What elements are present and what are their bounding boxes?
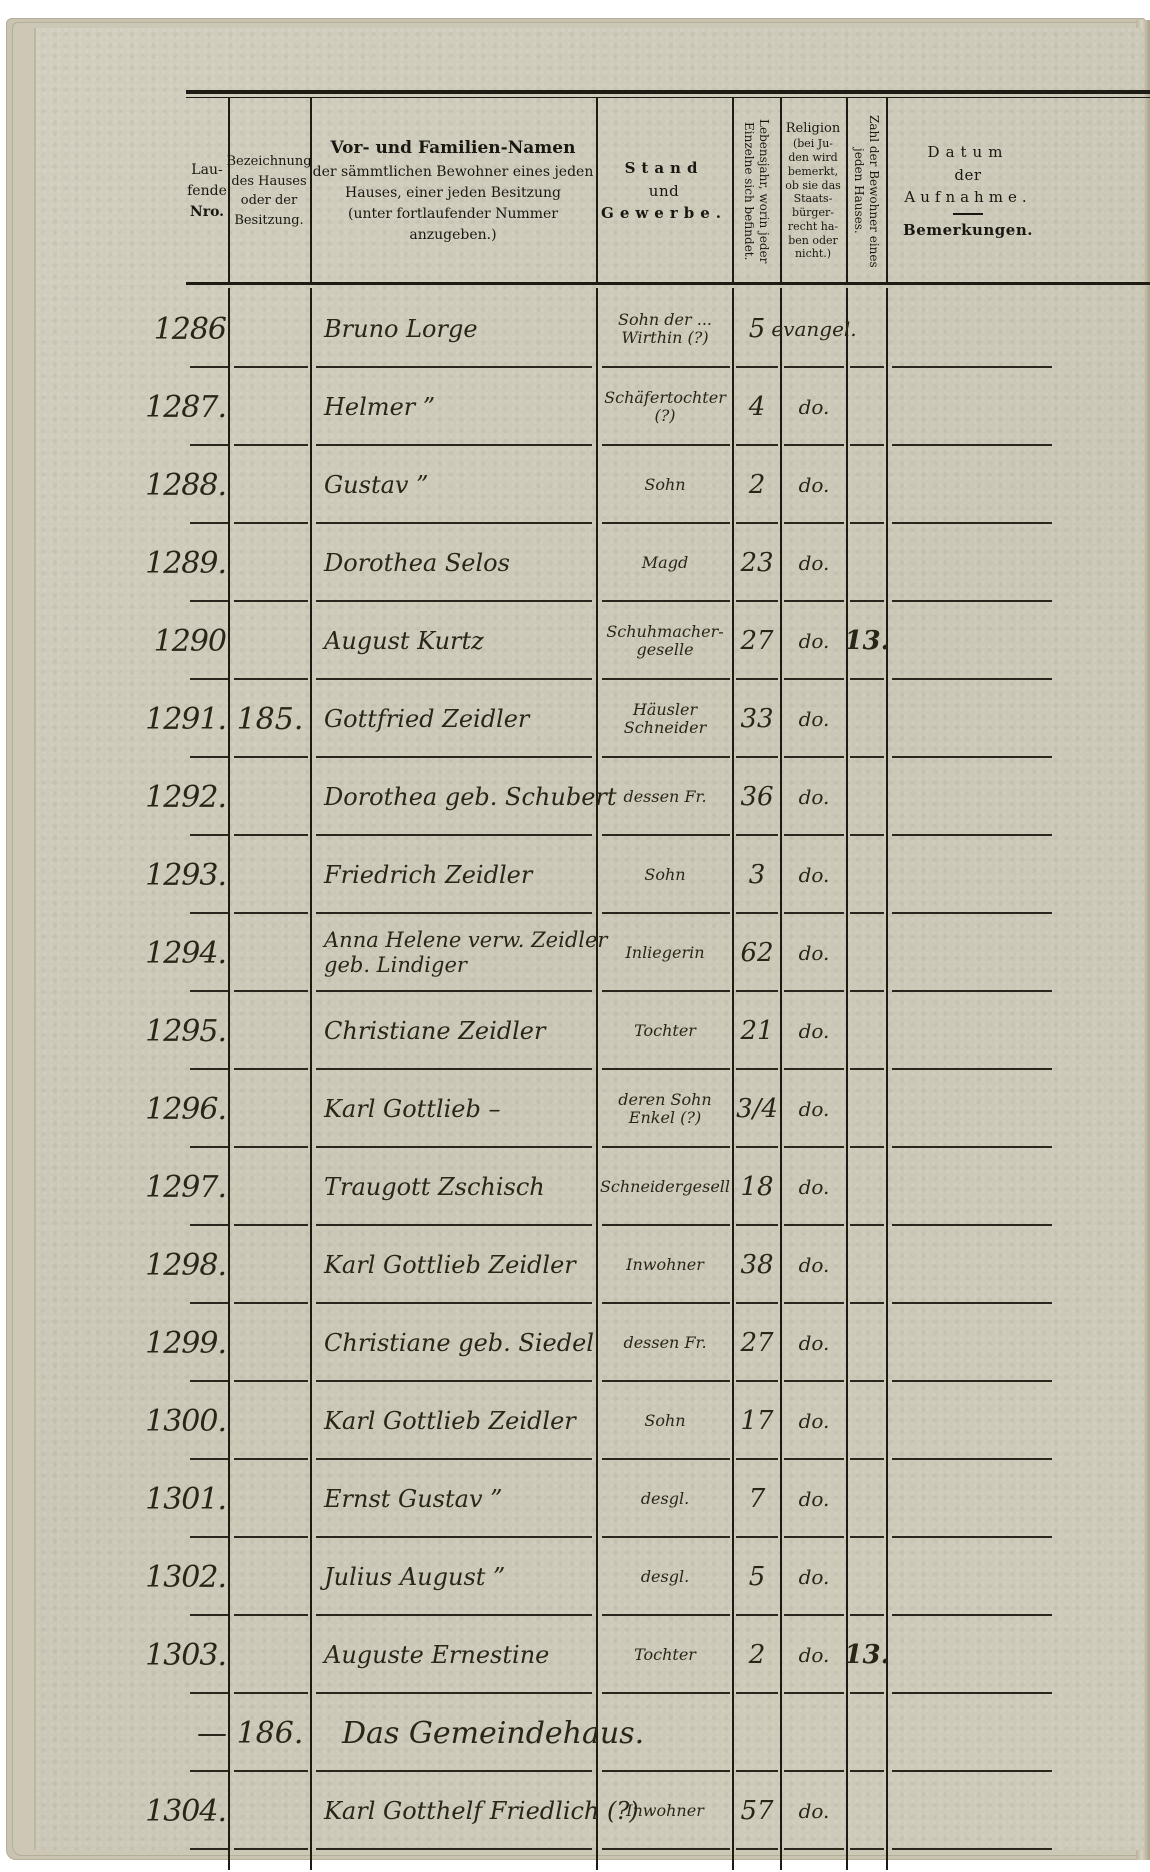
resident-name-cell: Traugott Zschisch [312, 1148, 608, 1226]
header-datum: Datum der Aufnahme. Bemerkungen. [888, 102, 1048, 280]
table-row: 1295.Christiane ZeidlerTochter21do. [186, 992, 1150, 1070]
remarks-cell [888, 1148, 1088, 1226]
remarks-cell [888, 368, 1088, 446]
age-cell: 18 [734, 1148, 780, 1226]
religion-cell: do. [782, 914, 846, 992]
lfd-nr-cell: 1294. [126, 914, 230, 992]
age-cell: 17 [734, 1382, 780, 1460]
lfd-nr-cell: 1291. [126, 680, 230, 758]
table-row: 1299.Christiane geb. Siedeldessen Fr.27d… [186, 1304, 1150, 1382]
table-row: 1289.Dorothea SelosMagd23do. [186, 524, 1150, 602]
household-count-cell [848, 368, 886, 446]
house-number-cell [230, 1070, 310, 1148]
header-divider [780, 98, 782, 282]
occupation-cell: Häusler Schneider [598, 680, 732, 758]
household-count-cell [848, 992, 886, 1070]
table-row: 1294.Anna Helene verw. Zeidler geb. Lind… [186, 914, 1150, 992]
house-number-cell [230, 1226, 310, 1304]
house-number-cell [230, 836, 310, 914]
age-cell: 33 [734, 680, 780, 758]
household-count-cell [848, 1226, 886, 1304]
remarks-cell [888, 1616, 1088, 1694]
age-cell: 2 [734, 446, 780, 524]
resident-name-cell: Dorothea geb. Schubert [312, 758, 608, 836]
lfd-nr-cell: 1304. [126, 1772, 230, 1850]
header-text: ben oder [788, 234, 838, 248]
age-cell: 4 [734, 368, 780, 446]
header-text: Lau- [191, 160, 222, 181]
remarks-cell [888, 914, 1088, 992]
table-row: 1287.Helmer ”Schäfertochter (?)4do. [186, 368, 1150, 446]
household-count-cell [848, 1694, 886, 1772]
house-number-cell [230, 992, 310, 1070]
header-divider [310, 98, 312, 282]
table-row: 1298.Karl Gottlieb ZeidlerInwohner38do. [186, 1226, 1150, 1304]
row-underline [190, 1848, 228, 1850]
table-row: 1297.Traugott ZschischSchneidergesell18d… [186, 1148, 1150, 1226]
lfd-nr-cell: 1302. [126, 1538, 230, 1616]
house-number-cell: 186. [230, 1694, 310, 1772]
religion-cell: do. [782, 680, 846, 758]
header-divider [228, 98, 230, 282]
remarks-cell [888, 1226, 1088, 1304]
house-number-cell [230, 290, 310, 368]
table-row: 1290August KurtzSchuhmacher-geselle27do.… [186, 602, 1150, 680]
age-cell: 36 [734, 758, 780, 836]
religion-cell: do. [782, 1070, 846, 1148]
resident-name-cell: Christiane Zeidler [312, 992, 608, 1070]
table-row: 1301.Ernst Gustav ”desgl.7do. [186, 1460, 1150, 1538]
house-number-cell [230, 1304, 310, 1382]
top-rule [186, 90, 1150, 94]
house-number-cell [230, 1538, 310, 1616]
header-divider [846, 98, 848, 282]
occupation-cell: Inwohner [598, 1226, 732, 1304]
remarks-cell [888, 992, 1088, 1070]
lfd-nr-cell: 1303. [126, 1616, 230, 1694]
header-religion: Religion (bei Ju- den wird bemerkt, ob s… [782, 102, 844, 280]
occupation-cell: Tochter [598, 1616, 732, 1694]
header-bottom-rule [186, 282, 1150, 285]
resident-name-cell: Auguste Ernestine [312, 1616, 608, 1694]
lfd-nr-cell: 1296. [126, 1070, 230, 1148]
table-row: 1303.Auguste ErnestineTochter2do.13. [186, 1616, 1150, 1694]
house-number-cell: 185. [230, 680, 310, 758]
religion-cell: do. [782, 1538, 846, 1616]
religion-cell: do. [782, 836, 846, 914]
lfd-nr-cell: 1299. [126, 1304, 230, 1382]
header-title: Vor- und Familien-Namen [331, 136, 576, 162]
header-text: den wird [788, 151, 837, 165]
age-cell: 21 [734, 992, 780, 1070]
occupation-cell: Schuhmacher-geselle [598, 602, 732, 680]
header-text: Datum [928, 141, 1009, 164]
row-underline [736, 1848, 778, 1850]
resident-name-cell: Karl Gottlieb Zeidler [312, 1382, 608, 1460]
age-cell: 5 [734, 1538, 780, 1616]
remarks-cell [888, 1382, 1088, 1460]
header-text: Lebensjahr, worin jeder Einzelne sich be… [741, 106, 771, 276]
age-cell [734, 1694, 780, 1772]
header-divider [886, 98, 888, 282]
lfd-nr-cell: 1288. [126, 446, 230, 524]
religion-cell: do. [782, 368, 846, 446]
header-text: bemerkt, [788, 165, 838, 179]
age-cell: 27 [734, 602, 780, 680]
religion-cell: do. [782, 1304, 846, 1382]
header-stand: Stand und Gewerbe. [598, 102, 730, 280]
occupation-cell: Schäfertochter (?) [598, 368, 732, 446]
household-count-cell [848, 1538, 886, 1616]
remarks-cell [888, 758, 1088, 836]
lfd-nr-cell: 1286 [126, 290, 230, 368]
register-page: Lau- fende Nro. Bezeichnung des Hauses o… [34, 28, 1144, 1850]
header-text: oder der [241, 191, 297, 211]
header-text: ob sie das [785, 179, 841, 193]
house-number-cell [230, 1772, 310, 1850]
occupation-cell: deren Sohn Enkel (?) [598, 1070, 732, 1148]
header-divider [732, 98, 734, 282]
occupation-cell: Schneidergesell [598, 1148, 732, 1226]
header-text: des Hauses [231, 172, 306, 192]
household-count-cell [848, 1382, 886, 1460]
header-text: Nro. [190, 202, 224, 223]
header-text: Aufnahme. [904, 186, 1031, 209]
occupation-cell: dessen Fr. [598, 758, 732, 836]
header-text: (unter fortlaufender Nummer anzugeben.) [312, 204, 594, 246]
lfd-nr-cell: 1290 [126, 602, 230, 680]
lfd-nr-cell: 1298. [126, 1226, 230, 1304]
lfd-nr-cell: 1300. [126, 1382, 230, 1460]
table-row: 1304.Karl Gotthelf Friedlich (?)Inwohner… [186, 1772, 1150, 1850]
row-underline [892, 1848, 1052, 1850]
religion-cell [782, 1694, 846, 1772]
lfd-nr-cell: 1289. [126, 524, 230, 602]
table-row: 1300.Karl Gottlieb ZeidlerSohn17do. [186, 1382, 1150, 1460]
header-text: Bezeichnung [226, 152, 311, 172]
header-names: Vor- und Familien-Namen der sämmtlichen … [312, 102, 594, 280]
header-text: Stand [625, 157, 704, 180]
lfd-nr-cell: 1292. [126, 758, 230, 836]
header-lfd-nr: Lau- fende Nro. [186, 102, 228, 280]
religion-cell: do. [782, 1772, 846, 1850]
header-text: Staats- [794, 192, 833, 206]
header-text: Zahl der Bewohner eines jeden Hauses. [851, 106, 881, 276]
remarks-cell [888, 1538, 1088, 1616]
household-count-cell [848, 914, 886, 992]
lfd-nr-cell: 1295. [126, 992, 230, 1070]
house-number-cell [230, 758, 310, 836]
header-text: der [954, 164, 981, 187]
header-divider [596, 98, 598, 282]
occupation-cell: Inliegerin [598, 914, 732, 992]
row-underline [234, 1848, 308, 1850]
lfd-nr-cell: 1297. [126, 1148, 230, 1226]
household-count-cell: 13. [848, 1616, 886, 1694]
header-text: Besitzung. [234, 211, 303, 231]
resident-name-cell: Anna Helene verw. Zeidler geb. Lindiger [312, 914, 608, 992]
header-text: bürger- [792, 206, 834, 220]
religion-cell: do. [782, 1382, 846, 1460]
religion-cell: do. [782, 1148, 846, 1226]
remarks-cell [888, 446, 1088, 524]
remarks-cell [888, 1694, 1088, 1772]
header-dash [953, 213, 983, 215]
resident-name-cell: Helmer ” [312, 368, 608, 446]
house-number-cell [230, 1148, 310, 1226]
occupation-cell: dessen Fr. [598, 1304, 732, 1382]
resident-name-cell: Dorothea Selos [312, 524, 608, 602]
row-underline [850, 1848, 884, 1850]
remarks-cell [888, 836, 1088, 914]
resident-name-cell: August Kurtz [312, 602, 608, 680]
remarks-cell [888, 602, 1088, 680]
religion-cell: do. [782, 602, 846, 680]
occupation-cell: Sohn [598, 1382, 732, 1460]
house-number-cell [230, 368, 310, 446]
religion-cell: do. [782, 1460, 846, 1538]
household-count-cell [848, 1460, 886, 1538]
age-cell: 27 [734, 1304, 780, 1382]
resident-name-cell: Friedrich Zeidler [312, 836, 608, 914]
table-row: 1293.Friedrich ZeidlerSohn3do. [186, 836, 1150, 914]
resident-name-cell: Julius August ” [312, 1538, 608, 1616]
resident-name-cell: Das Gemeindehaus. [312, 1694, 626, 1772]
row-underline [784, 1848, 844, 1850]
household-count-cell [848, 1772, 886, 1850]
household-count-cell [848, 680, 886, 758]
header-count: Zahl der Bewohner eines jeden Hauses. [848, 102, 884, 280]
household-count-cell [848, 290, 886, 368]
remarks-cell [888, 680, 1088, 758]
resident-name-cell: Bruno Lorge [312, 290, 608, 368]
row-underline [602, 1848, 730, 1850]
header-text: (bei Ju- [793, 137, 833, 151]
remarks-cell [888, 1460, 1088, 1538]
resident-name-cell: Ernst Gustav ” [312, 1460, 608, 1538]
resident-name-cell: Karl Gotthelf Friedlich (?) [312, 1772, 608, 1850]
resident-name-cell: Gottfried Zeidler [312, 680, 608, 758]
table-row: 1288.Gustav ”Sohn2do. [186, 446, 1150, 524]
occupation-cell: desgl. [598, 1538, 732, 1616]
religion-cell: evangel. [782, 290, 846, 368]
occupation-cell: Magd [598, 524, 732, 602]
header-text: Gewerbe. [601, 202, 727, 225]
house-number-cell [230, 1460, 310, 1538]
header-text: der sämmtlichen Bewohner eines jeden [313, 162, 594, 183]
header-text: Hauses, einer jeden Besitzung [345, 183, 561, 204]
age-cell: 62 [734, 914, 780, 992]
religion-cell: do. [782, 992, 846, 1070]
remarks-cell [888, 524, 1088, 602]
house-number-cell [230, 914, 310, 992]
table-row: 1291.185.Gottfried ZeidlerHäusler Schnei… [186, 680, 1150, 758]
occupation-cell: Inwohner [598, 1772, 732, 1850]
house-number-cell [230, 1616, 310, 1694]
table-row: 1286Bruno LorgeSohn der ... Wirthin (?)5… [186, 290, 1150, 368]
header-house: Bezeichnung des Hauses oder der Besitzun… [230, 102, 308, 280]
remarks-cell [888, 1070, 1088, 1148]
header-text: fende [187, 181, 227, 202]
header-text: Religion [786, 121, 840, 137]
house-number-cell [230, 1382, 310, 1460]
resident-name-cell: Karl Gottlieb Zeidler [312, 1226, 608, 1304]
religion-cell: do. [782, 1226, 846, 1304]
occupation-cell: Sohn [598, 836, 732, 914]
lfd-nr-cell: — [126, 1694, 230, 1772]
household-count-cell [848, 446, 886, 524]
lfd-nr-cell: 1301. [126, 1460, 230, 1538]
age-cell: 38 [734, 1226, 780, 1304]
header-age: Lebensjahr, worin jeder Einzelne sich be… [734, 102, 778, 280]
resident-name-cell: Christiane geb. Siedel [312, 1304, 608, 1382]
household-count-cell [848, 836, 886, 914]
top-rule-thin [186, 97, 1150, 98]
age-cell: 3 [734, 836, 780, 914]
religion-cell: do. [782, 758, 846, 836]
household-count-cell [848, 758, 886, 836]
age-cell: 23 [734, 524, 780, 602]
lfd-nr-cell: 1293. [126, 836, 230, 914]
resident-name-cell: Gustav ” [312, 446, 608, 524]
household-count-cell [848, 1070, 886, 1148]
occupation-cell: Sohn [598, 446, 732, 524]
religion-cell: do. [782, 1616, 846, 1694]
religion-cell: do. [782, 524, 846, 602]
occupation-cell: Tochter [598, 992, 732, 1070]
age-cell: 57 [734, 1772, 780, 1850]
occupation-cell: Sohn der ... Wirthin (?) [598, 290, 732, 368]
occupation-cell [598, 1694, 732, 1772]
lfd-nr-cell: 1287. [126, 368, 230, 446]
table-row: —186.Das Gemeindehaus. [186, 1694, 1150, 1772]
religion-cell: do. [782, 446, 846, 524]
table-row: 1296.Karl Gottlieb –deren Sohn Enkel (?)… [186, 1070, 1150, 1148]
age-cell: 3/4 [734, 1070, 780, 1148]
household-count-cell [848, 524, 886, 602]
header-text: Bemerkungen. [903, 219, 1033, 242]
header-text: recht ha- [788, 220, 838, 234]
house-number-cell [230, 602, 310, 680]
table-row: 1302.Julius August ”desgl.5do. [186, 1538, 1150, 1616]
household-count-cell [848, 1148, 886, 1226]
house-number-cell [230, 524, 310, 602]
remarks-cell [888, 1772, 1088, 1850]
row-underline [316, 1848, 592, 1850]
age-cell: 2 [734, 1616, 780, 1694]
table-row: 1292.Dorothea geb. Schubertdessen Fr.36d… [186, 758, 1150, 836]
household-count-cell: 13. [848, 602, 886, 680]
remarks-cell [888, 1304, 1088, 1382]
occupation-cell: desgl. [598, 1460, 732, 1538]
house-number-cell [230, 446, 310, 524]
header-text: nicht.) [795, 247, 831, 261]
resident-name-cell: Karl Gottlieb – [312, 1070, 608, 1148]
remarks-cell [888, 290, 1088, 368]
age-cell: 7 [734, 1460, 780, 1538]
header-text: und [649, 180, 679, 203]
household-count-cell [848, 1304, 886, 1382]
